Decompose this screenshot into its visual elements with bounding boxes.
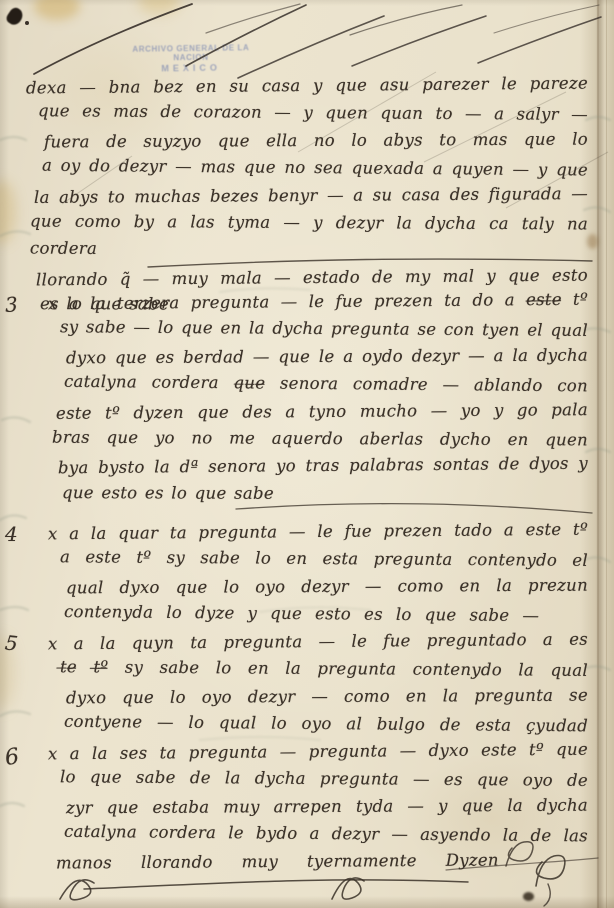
cancellation-slashes [34,4,601,78]
manuscript-line: contenyda lo dyze y que esto es lo que s… [48,598,539,630]
section-3-paragraph: x a la terzera pregunta — le fue prezen … [48,288,588,507]
ink-mark-bottom-edge [523,892,534,901]
manuscript-line: catalyna cordera q̶u̶e̶ senora comadre —… [48,368,588,400]
margin-number-5: 5 [4,630,36,657]
manuscript-line: que es mas de corazon — y quen quan to —… [26,97,588,128]
section-5-paragraph: x a la quyn ta pregunta — le fue pregunt… [48,628,588,738]
manuscript-line: que esto es lo que sabe [48,479,588,508]
manuscript-line: contyene — lo qual lo oyo al bulgo de es… [48,708,588,740]
manuscript-line: qual dyxo que lo oyo dezyr — como en la … [48,571,588,601]
manuscript-line: a este tº sy sabe lo en esta pregunta co… [48,544,588,575]
manuscript-page: ARCHIVO GENERAL DE LA NACION MEXICO [0,0,614,908]
manuscript-line: t̶e̶ t̶º̶ sy sabe lo en la pregunta cont… [48,654,588,685]
manuscript-line: que como by a las tyma — y dezyr la dych… [26,208,588,266]
manuscript-line: dyxo que lo oyo dezyr — como en la pregu… [48,681,588,711]
margin-number-6: 6 [3,742,36,771]
section-6-paragraph: x a la ses ta pregunta — pregunta — dyxo… [48,738,588,875]
page-top-edge-shade [0,0,614,6]
manuscript-line: catalyna cordera le bydo a dezyr — asyen… [48,818,588,850]
page-fold-crease-2 [606,0,607,908]
ink-speck [25,21,29,25]
archive-stamp: ARCHIVO GENERAL DE LA NACION MEXICO [126,43,256,75]
manuscript-line: manos llorando muy tyernamente Dyzen [48,846,499,877]
page-fold-crease [597,0,599,908]
archive-stamp-line1: ARCHIVO GENERAL DE LA NACION [126,43,256,63]
section-4-paragraph: x a la quar ta pregunta — le fue prezen … [48,518,588,628]
manuscript-line: la abys to muchas bezes benyr — a su cas… [26,180,588,211]
manuscript-line: dyxo que es berdad — que le a oydo dezyr… [48,341,588,371]
manuscript-line: zyr que estaba muy arrepen tyda — y que … [48,791,588,821]
manuscript-line: a oy do dezyr — mas que no sea quexada a… [26,152,588,184]
page-left-edge-shade [0,0,9,908]
manuscript-line: bras que yo no me aquerdo aberlas dycho … [48,424,588,454]
manuscript-line: este tº dyzen que des a tyno mucho — yo … [48,396,588,427]
opening-paragraph: dexa — bna bez en su casa y que asu pare… [26,72,588,319]
manuscript-line: bya bysto la dª senora yo tras palabras … [48,450,588,482]
manuscript-line: fuera de suyzyo que ella no lo abys to m… [26,125,588,155]
page-bottom-edge-shade [0,896,614,908]
manuscript-line: sy sabe — lo que en la dycha pregunta se… [48,314,588,345]
manuscript-line: lo que sabe de la dycha pregunta — es qu… [48,764,588,795]
margin-number-4: 4 [5,522,35,546]
